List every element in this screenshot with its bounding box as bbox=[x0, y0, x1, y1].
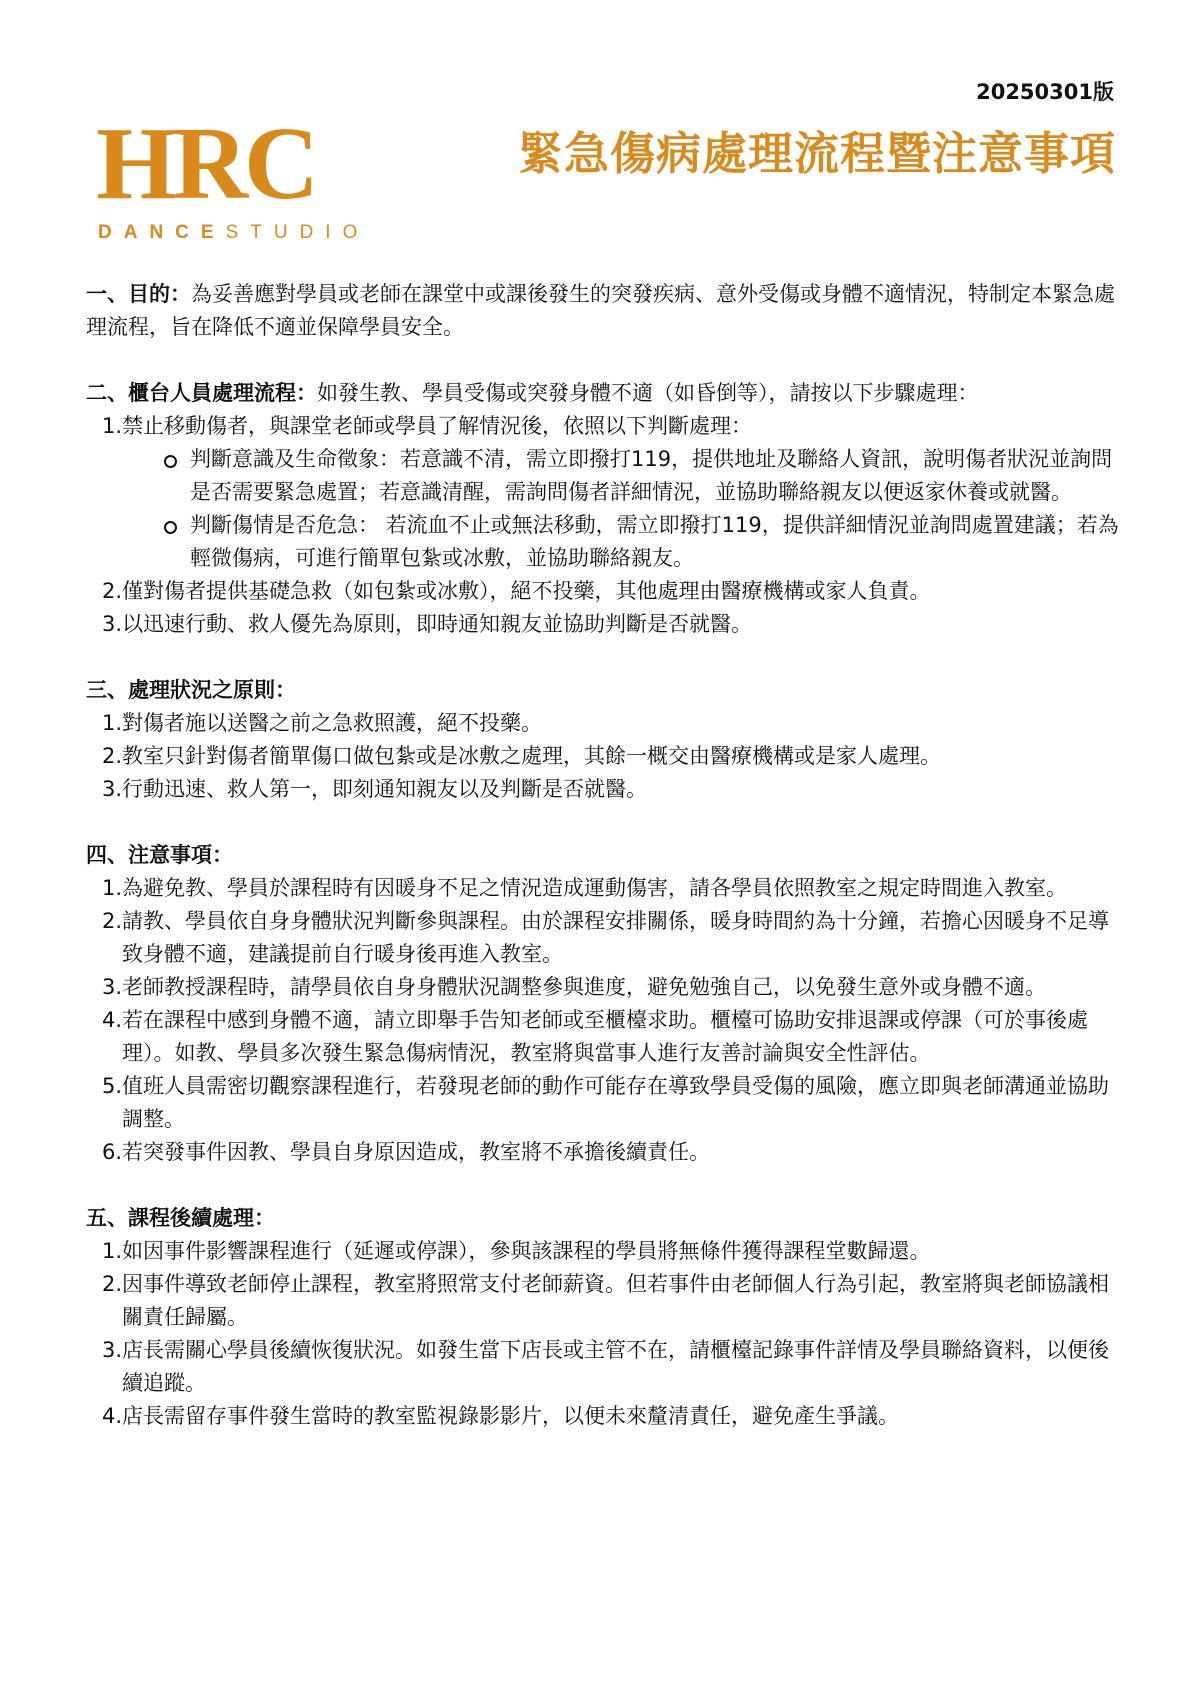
section-text: 為妥善應對學員或老師在課堂中或課後發生的突發疾病、意外受傷或身體不適情況，特制定… bbox=[86, 282, 1115, 339]
section-heading: 四、注意事項： bbox=[86, 839, 1120, 872]
item-number: 2. bbox=[102, 1268, 122, 1301]
numbered-list: 1. 為避免教、學員於課程時有因暖身不足之情況造成運動傷害，請各學員依照教室之規… bbox=[86, 872, 1120, 1169]
version-label: 20250301版 bbox=[976, 76, 1114, 106]
logo-sub-dance: DANCE bbox=[98, 222, 226, 243]
section-heading: 五、課程後續處理： bbox=[86, 1202, 1120, 1235]
list-item: 3. 老師教授課程時，請學員依自身身體狀況調整參與進度，避免勉強自己，以免發生意… bbox=[86, 971, 1120, 1004]
logo-sub-studio: STUDIO bbox=[226, 222, 370, 243]
logo-mark: HRC bbox=[96, 112, 315, 216]
item-number: 5. bbox=[102, 1070, 122, 1103]
item-text: 教室只針對傷者簡單傷口做包紮或是冰敷之處理，其餘一概交由醫療機構或是家人處理。 bbox=[122, 744, 941, 768]
item-text: 若突發事件因教、學員自身原因造成，教室將不承擔後續責任。 bbox=[122, 1140, 710, 1164]
item-number: 2. bbox=[102, 740, 122, 773]
item-number: 1. bbox=[102, 1235, 122, 1268]
list-item: 2. 請教、學員依自身身體狀況判斷參與課程。由於課程安排關係，暖身時間約為十分鐘… bbox=[86, 905, 1120, 971]
item-number: 4. bbox=[102, 1400, 122, 1433]
numbered-list: 1. 對傷者施以送醫之前之急救照護，絕不投藥。 2. 教室只針對傷者簡單傷口做包… bbox=[86, 707, 1120, 806]
list-item: 3. 行動迅速、救人第一，即刻通知親友以及判斷是否就醫。 bbox=[86, 773, 1120, 806]
list-item: 1. 禁止移動傷者，與課堂老師或學員了解情況後，依照以下判斷處理： 判斷意識及生… bbox=[86, 410, 1120, 575]
list-item: 4. 若在課程中感到身體不適，請立即舉手告知老師或至櫃檯求助。櫃檯可協助安排退課… bbox=[86, 1004, 1120, 1070]
item-number: 3. bbox=[102, 608, 122, 641]
item-text: 老師教授課程時，請學員依自身身體狀況調整參與進度，避免勉強自己，以免發生意外或身… bbox=[122, 975, 1046, 999]
item-text: 店長需留存事件發生當時的教室監視錄影影片，以便未來釐清責任，避免產生爭議。 bbox=[122, 1404, 899, 1428]
list-item: 3. 以迅速行動、救人優先為原則，即時通知親友並協助判斷是否就醫。 bbox=[86, 608, 1120, 641]
bullet-list: 判斷意識及生命徵象：若意識不清，需立即撥打119，提供地址及聯絡人資訊，說明傷者… bbox=[122, 443, 1120, 575]
item-number: 2. bbox=[102, 905, 122, 938]
item-number: 1. bbox=[102, 707, 122, 740]
item-text: 以迅速行動、救人優先為原則，即時通知親友並協助判斷是否就醫。 bbox=[122, 612, 752, 636]
item-number: 3. bbox=[102, 1334, 122, 1367]
list-item: 5. 值班人員需密切觀察課程進行，若發現老師的動作可能存在導致學員受傷的風險，應… bbox=[86, 1070, 1120, 1136]
item-number: 2. bbox=[102, 575, 122, 608]
document-title: 緊急傷病處理流程暨注意事項 bbox=[518, 117, 1116, 182]
section-heading: 二、櫃台人員處理流程： bbox=[86, 381, 317, 405]
item-text: 僅對傷者提供基礎急救（如包紮或冰敷），絕不投藥，其他處理由醫療機構或家人負責。 bbox=[122, 579, 931, 603]
item-number: 6. bbox=[102, 1136, 122, 1169]
section-counter-procedure: 二、櫃台人員處理流程：如發生教、學員受傷或突發身體不適（如昏倒等），請按以下步驟… bbox=[86, 377, 1120, 641]
item-number: 3. bbox=[102, 773, 122, 806]
bullet-text: 判斷傷情是否危急： 若流血不止或無法移動，需立即撥打119，提供詳細情況並詢問處… bbox=[190, 513, 1119, 570]
section-follow-up: 五、課程後續處理： 1. 如因事件影響課程進行（延遲或停課），參與該課程的學員將… bbox=[86, 1202, 1120, 1433]
list-item: 2. 教室只針對傷者簡單傷口做包紮或是冰敷之處理，其餘一概交由醫療機構或是家人處… bbox=[86, 740, 1120, 773]
section-principles: 三、處理狀況之原則： 1. 對傷者施以送醫之前之急救照護，絕不投藥。 2. 教室… bbox=[86, 674, 1120, 806]
item-text: 對傷者施以送醫之前之急救照護，絕不投藥。 bbox=[122, 711, 542, 735]
item-text: 店長需關心學員後續恢復狀況。如發生當下店長或主管不在，請櫃檯記錄事件詳情及學員聯… bbox=[122, 1338, 1109, 1395]
item-text: 因事件導致老師停止課程，教室將照常支付老師薪資。但若事件由老師個人行為引起，教室… bbox=[122, 1272, 1109, 1329]
section-paragraph: 一、目的：為妥善應對學員或老師在課堂中或課後發生的突發疾病、意外受傷或身體不適情… bbox=[86, 278, 1120, 344]
item-text: 禁止移動傷者，與課堂老師或學員了解情況後，依照以下判斷處理： bbox=[122, 414, 752, 438]
item-text: 若在課程中感到身體不適，請立即舉手告知老師或至櫃檯求助。櫃檯可協助安排退課或停課… bbox=[122, 1008, 1088, 1065]
list-item: 6. 若突發事件因教、學員自身原因造成，教室將不承擔後續責任。 bbox=[86, 1136, 1120, 1169]
section-purpose: 一、目的：為妥善應對學員或老師在課堂中或課後發生的突發疾病、意外受傷或身體不適情… bbox=[86, 278, 1120, 344]
item-text: 請教、學員依自身身體狀況判斷參與課程。由於課程安排關係，暖身時間約為十分鐘，若擔… bbox=[122, 909, 1109, 966]
numbered-list: 1. 如因事件影響課程進行（延遲或停課），參與該課程的學員將無條件獲得課程堂數歸… bbox=[86, 1235, 1120, 1433]
item-number: 4. bbox=[102, 1004, 122, 1037]
item-text: 值班人員需密切觀察課程進行，若發現老師的動作可能存在導致學員受傷的風險，應立即與… bbox=[122, 1074, 1109, 1131]
list-item: 1. 如因事件影響課程進行（延遲或停課），參與該課程的學員將無條件獲得課程堂數歸… bbox=[86, 1235, 1120, 1268]
bullet-item: 判斷傷情是否危急： 若流血不止或無法移動，需立即撥打119，提供詳細情況並詢問處… bbox=[122, 509, 1120, 575]
bullet-text: 判斷意識及生命徵象：若意識不清，需立即撥打119，提供地址及聯絡人資訊，說明傷者… bbox=[190, 447, 1112, 504]
section-notes: 四、注意事項： 1. 為避免教、學員於課程時有因暖身不足之情況造成運動傷害，請各… bbox=[86, 839, 1120, 1169]
item-text: 如因事件影響課程進行（延遲或停課），參與該課程的學員將無條件獲得課程堂數歸還。 bbox=[122, 1239, 931, 1263]
section-heading: 三、處理狀況之原則： bbox=[86, 674, 1120, 707]
list-item: 4. 店長需留存事件發生當時的教室監視錄影影片，以便未來釐清責任，避免產生爭議。 bbox=[86, 1400, 1120, 1433]
logo-subtitle: DANCESTUDIO bbox=[98, 222, 369, 244]
item-number: 1. bbox=[102, 410, 122, 443]
list-item: 2. 僅對傷者提供基礎急救（如包紮或冰敷），絕不投藥，其他處理由醫療機構或家人負… bbox=[86, 575, 1120, 608]
item-text: 為避免教、學員於課程時有因暖身不足之情況造成運動傷害，請各學員依照教室之規定時間… bbox=[122, 876, 1067, 900]
list-item: 1. 為避免教、學員於課程時有因暖身不足之情況造成運動傷害，請各學員依照教室之規… bbox=[86, 872, 1120, 905]
hollow-bullet-icon bbox=[164, 455, 177, 468]
item-number: 1. bbox=[102, 872, 122, 905]
bullet-item: 判斷意識及生命徵象：若意識不清，需立即撥打119，提供地址及聯絡人資訊，說明傷者… bbox=[122, 443, 1120, 509]
section-heading: 一、目的： bbox=[86, 282, 191, 306]
item-number: 3. bbox=[102, 971, 122, 1004]
list-item: 1. 對傷者施以送醫之前之急救照護，絕不投藥。 bbox=[86, 707, 1120, 740]
list-item: 3. 店長需關心學員後續恢復狀況。如發生當下店長或主管不在，請櫃檯記錄事件詳情及… bbox=[86, 1334, 1120, 1400]
item-text: 行動迅速、救人第一，即刻通知親友以及判斷是否就醫。 bbox=[122, 777, 647, 801]
hollow-bullet-icon bbox=[164, 521, 177, 534]
section-text: 如發生教、學員受傷或突發身體不適（如昏倒等），請按以下步驟處理： bbox=[317, 381, 979, 405]
numbered-list: 1. 禁止移動傷者，與課堂老師或學員了解情況後，依照以下判斷處理： 判斷意識及生… bbox=[86, 410, 1120, 641]
list-item: 2. 因事件導致老師停止課程，教室將照常支付老師薪資。但若事件由老師個人行為引起… bbox=[86, 1268, 1120, 1334]
section-paragraph: 二、櫃台人員處理流程：如發生教、學員受傷或突發身體不適（如昏倒等），請按以下步驟… bbox=[86, 377, 1120, 410]
hrc-logo: HRC DANCESTUDIO bbox=[96, 118, 416, 248]
document-body: 一、目的：為妥善應對學員或老師在課堂中或課後發生的突發疾病、意外受傷或身體不適情… bbox=[86, 278, 1120, 1466]
